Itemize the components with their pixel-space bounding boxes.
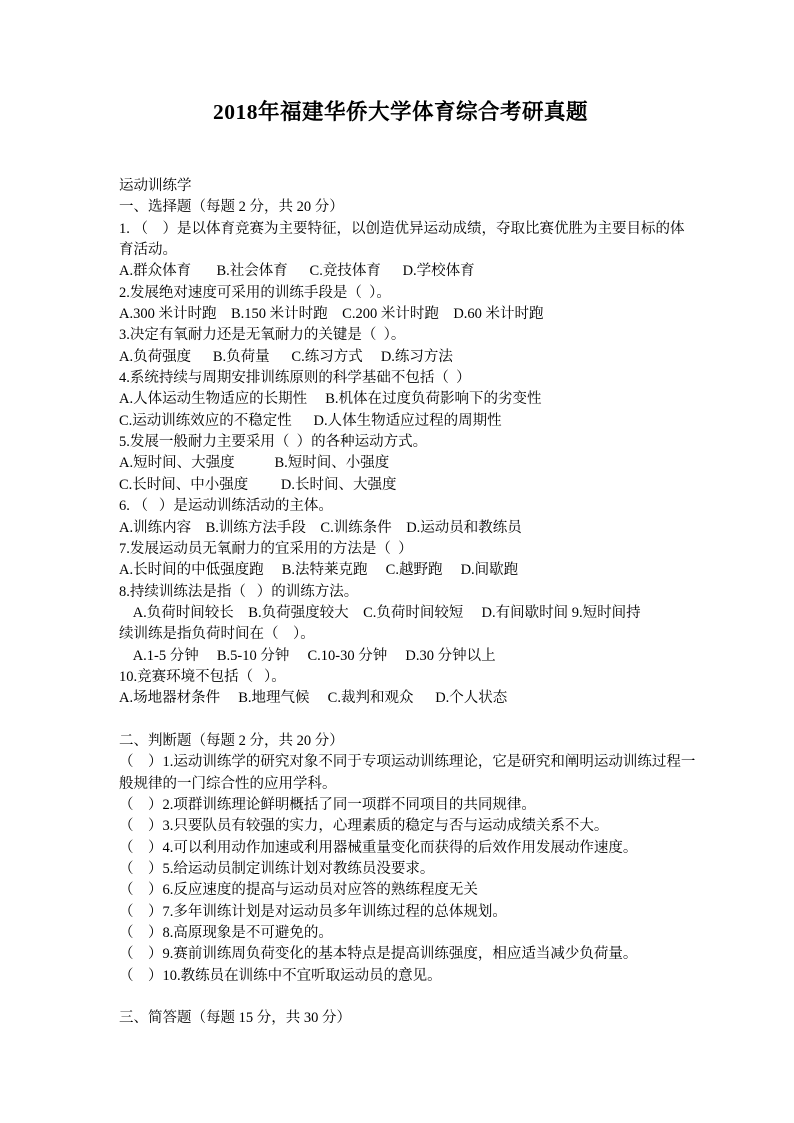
question-8-options-and-question-9: A.负荷时间较长 B.负荷强度较大 C.负荷时间较短 D.有间歇时间 9.短时间… xyxy=(119,603,682,624)
judgment-item-10: （ ）10.教练员在训练中不宜听取运动员的意见。 xyxy=(119,966,682,987)
question-5-options-ab: A.短时间、大强度 B.短时间、小强度 xyxy=(119,453,682,474)
question-1-stem-continued: 育活动。 xyxy=(119,240,682,261)
spacer-line xyxy=(119,710,682,731)
judgment-item-5: （ ）5.给运动员制定训练计划对教练员没要求。 xyxy=(119,859,682,880)
subject-line: 运动训练学 xyxy=(119,176,682,197)
question-9-stem-continued: 续训练是指负荷时间在（ ）。 xyxy=(119,624,682,645)
judgment-item-8: （ ）8.高原现象是不可避免的。 xyxy=(119,923,682,944)
question-5-stem: 5.发展一般耐力主要采用（ ）的各种运动方式。 xyxy=(119,432,682,453)
question-2-options: A.300 米计时跑 B.150 米计时跑 C.200 米计时跑 D.60 米计… xyxy=(119,304,682,325)
question-8-stem: 8.持续训练法是指（ ）的训练方法。 xyxy=(119,582,682,603)
question-6-stem: 6. （ ）是运动训练活动的主体。 xyxy=(119,496,682,517)
question-5-options-cd: C.长时间、中小强度 D.长时间、大强度 xyxy=(119,475,682,496)
question-7-stem: 7.发展运动员无氧耐力的宜采用的方法是（ ） xyxy=(119,539,682,560)
question-1-options: A.群众体育 B.社会体育 C.竞技体育 D.学校体育 xyxy=(119,261,682,282)
judgment-item-7: （ ）7.多年训练计划是对运动员多年训练过程的总体规划。 xyxy=(119,902,682,923)
question-9-options: A.1-5 分钟 B.5-10 分钟 C.10-30 分钟 D.30 分钟以上 xyxy=(119,646,682,667)
question-3-options: A.负荷强度 B.负荷量 C.练习方式 D.练习方法 xyxy=(119,347,682,368)
document-title: 2018年福建华侨大学体育综合考研真题 xyxy=(119,96,682,129)
question-7-options: A.长时间的中低强度跑 B.法特莱克跑 C.越野跑 D.间歇跑 xyxy=(119,560,682,581)
judgment-item-6: （ ）6.反应速度的提高与运动员对应答的熟练程度无关 xyxy=(119,880,682,901)
judgment-item-2: （ ）2.项群训练理论鲜明概括了同一项群不同项目的共同规律。 xyxy=(119,795,682,816)
section-heading-1: 一、选择题（每题 2 分，共 20 分） xyxy=(119,197,682,218)
question-3-stem: 3.决定有氧耐力还是无氧耐力的关键是（ ）。 xyxy=(119,325,682,346)
judgment-item-1: （ ）1.运动训练学的研究对象不同于专项运动训练理论，它是研究和阐明运动训练过程… xyxy=(119,752,682,773)
judgment-item-1-continued: 般规律的一门综合性的应用学科。 xyxy=(119,774,682,795)
question-10-stem: 10.竞赛环境不包括（ ）。 xyxy=(119,667,682,688)
question-10-options: A.场地器材条件 B.地理气候 C.裁判和观众 D.个人状态 xyxy=(119,688,682,709)
question-4-options-ab: A.人体运动生物适应的长期性 B.机体在过度负荷影响下的劣变性 xyxy=(119,389,682,410)
judgment-item-4: （ ）4.可以利用动作加速或利用器械重量变化而获得的后效作用发展动作速度。 xyxy=(119,838,682,859)
document-lines: 运动训练学一、选择题（每题 2 分，共 20 分）1. （ ）是以体育竞赛为主要… xyxy=(119,176,682,1030)
section-heading-2: 二、判断题（每题 2 分，共 20 分） xyxy=(119,731,682,752)
question-1-stem: 1. （ ）是以体育竞赛为主要特征，以创造优异运动成绩，夺取比赛优胜为主要目标的… xyxy=(119,219,682,240)
spacer-line xyxy=(119,987,682,1008)
question-4-options-cd: C.运动训练效应的不稳定性 D.人体生物适应过程的周期性 xyxy=(119,411,682,432)
question-2-stem: 2.发展绝对速度可采用的训练手段是（ ）。 xyxy=(119,283,682,304)
judgment-item-9: （ ）9.赛前训练周负荷变化的基本特点是提高训练强度，相应适当减少负荷量。 xyxy=(119,944,682,965)
judgment-item-3: （ ）3.只要队员有较强的实力，心理素质的稳定与否与运动成绩关系不大。 xyxy=(119,816,682,837)
question-6-options: A.训练内容 B.训练方法手段 C.训练条件 D.运动员和教练员 xyxy=(119,518,682,539)
question-4-stem: 4.系统持续与周期安排训练原则的科学基础不包括（ ） xyxy=(119,368,682,389)
exam-page: 2018年福建华侨大学体育综合考研真题 运动训练学一、选择题（每题 2 分，共 … xyxy=(0,0,794,1123)
section-heading-3: 三、简答题（每题 15 分，共 30 分） xyxy=(119,1008,682,1029)
